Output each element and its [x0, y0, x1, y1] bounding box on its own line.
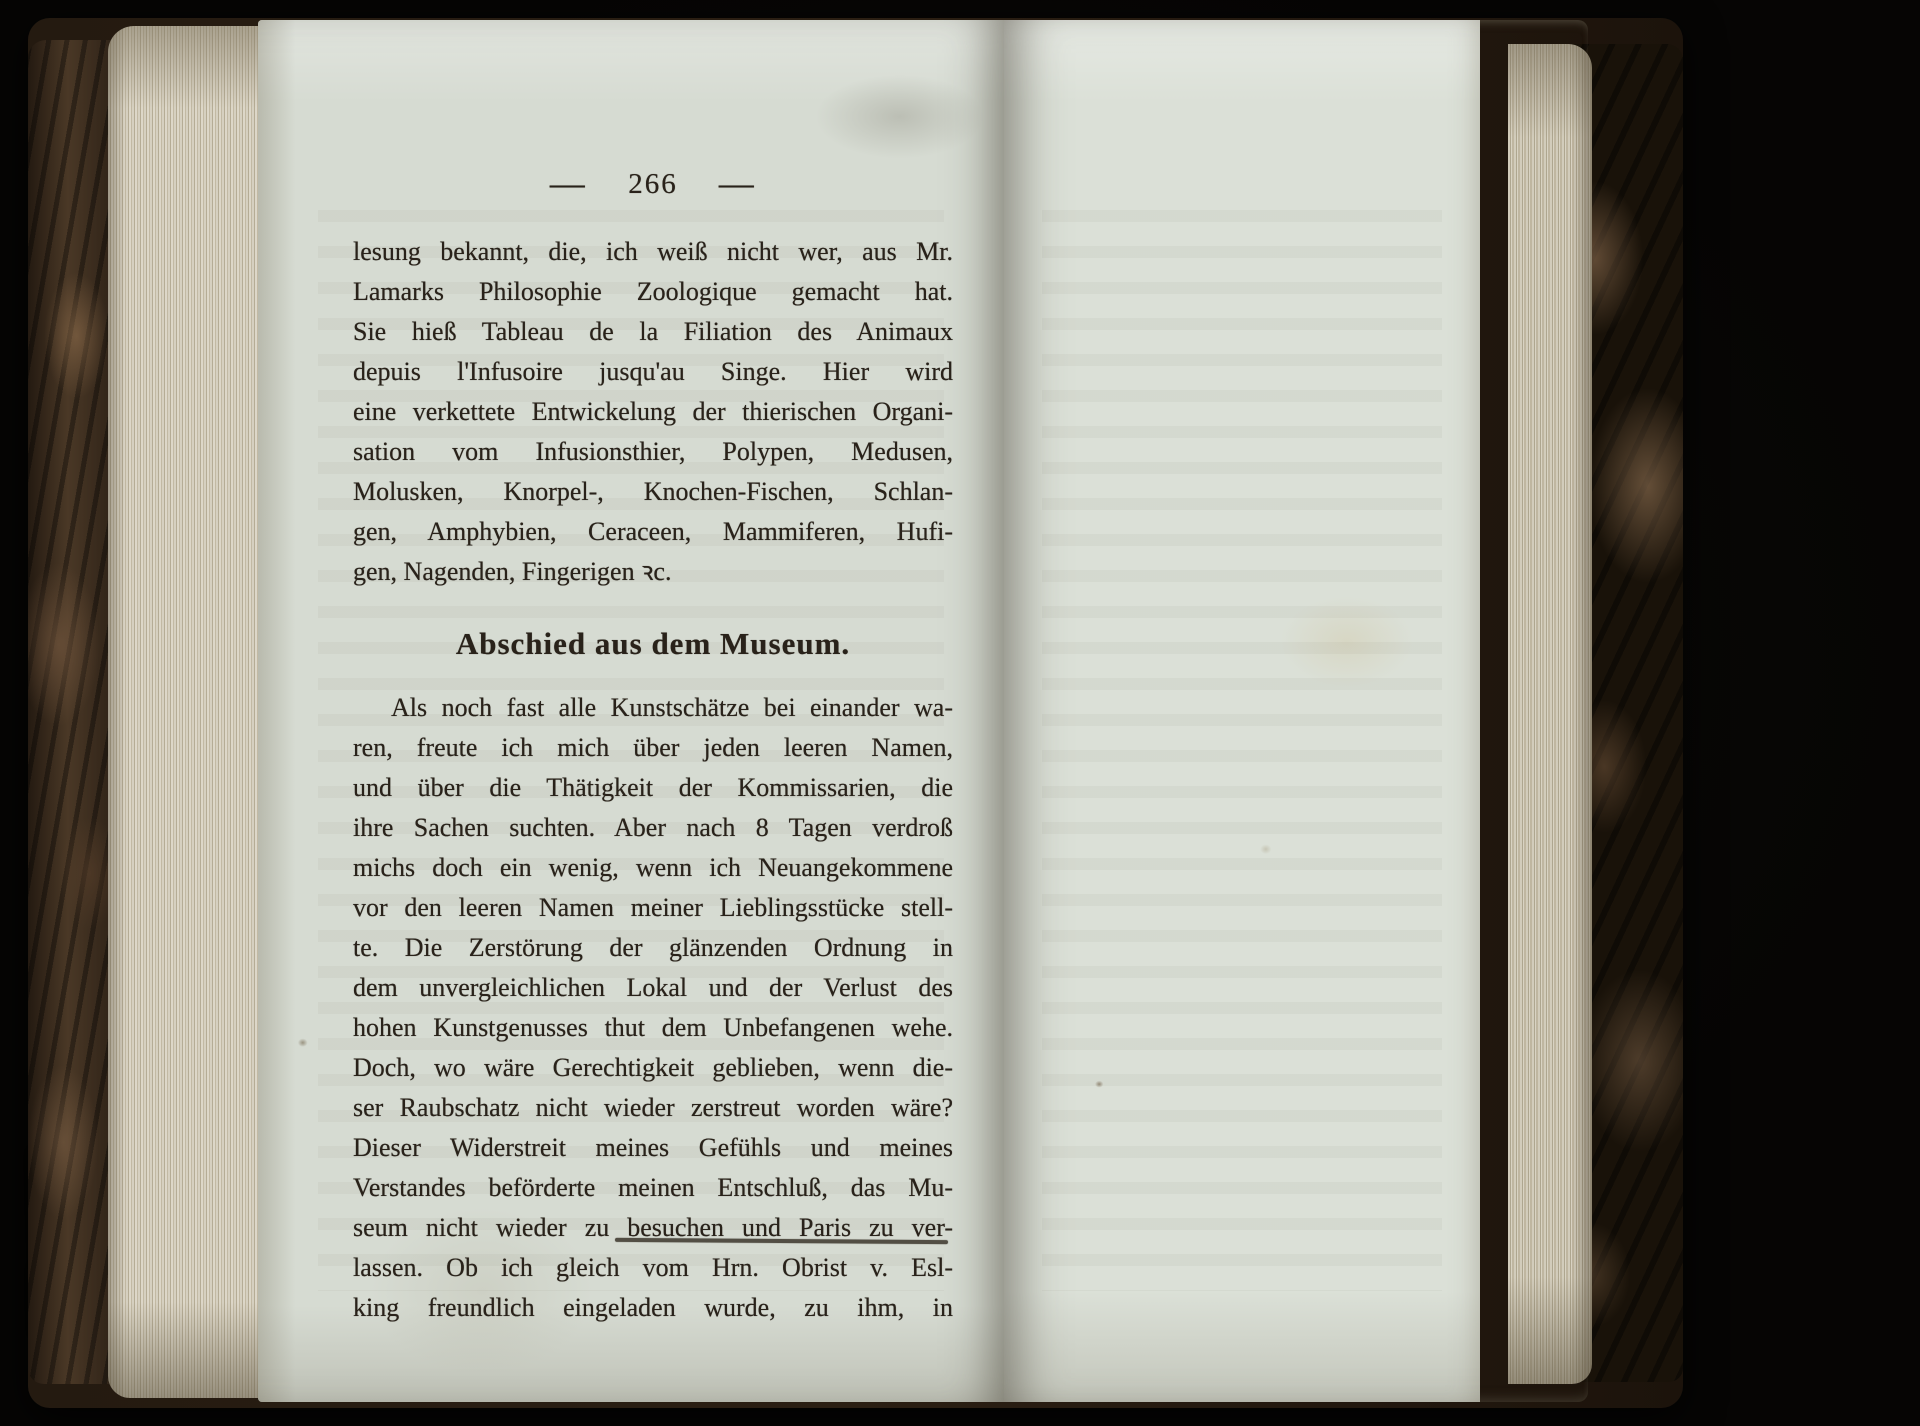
page-header: — 266 —	[353, 166, 953, 202]
book-spine-left	[28, 40, 116, 1384]
text-line: Lamarks Philosophie Zoologique gemacht h…	[353, 272, 953, 312]
text-line: ihre Sachen suchten. Aber nach 8 Tagen v…	[353, 808, 953, 848]
text-line: king freundlich eingeladen wurde, zu ihm…	[353, 1288, 953, 1328]
left-page-content: — 266 — lesung bekannt, die, ich weiß ni…	[353, 166, 953, 1328]
text-line: dem unvergleichlichen Lokal und der Verl…	[353, 968, 953, 1008]
section-heading: Abschied aus dem Museum.	[353, 624, 953, 664]
text-line: ser Raubschatz nicht wieder zerstreut wo…	[353, 1088, 953, 1128]
photo-stage: — 266 — lesung bekannt, die, ich weiß ni…	[0, 0, 1920, 1426]
text-line: michs doch ein wenig, wenn ich Neuangeko…	[353, 848, 953, 888]
page-edges-left	[108, 26, 262, 1398]
header-dash: —	[719, 166, 756, 202]
text-line: Sie hieß Tableau de la Filiation des Ani…	[353, 312, 953, 352]
text-line: lassen. Ob ich gleich vom Hrn. Obrist v.…	[353, 1248, 953, 1288]
paragraph-continued: lesung bekannt, die, ich weiß nicht wer,…	[353, 232, 953, 592]
text-line: depuis l'Infusoire jusqu'au Singe. Hier …	[353, 352, 953, 392]
text-line: sation vom Infusionsthier, Polypen, Medu…	[353, 432, 953, 472]
bleed-through-texture	[1042, 186, 1442, 1292]
paragraph: Als noch fast alle Kunstschätze bei eina…	[353, 688, 953, 1328]
text-line: gen, Amphybien, Ceraceen, Mammiferen, Hu…	[353, 512, 953, 552]
text-line: Molusken, Knorpel-, Knochen-Fischen, Sch…	[353, 472, 953, 512]
text-line: eine verkettete Entwickelung der thieris…	[353, 392, 953, 432]
header-dash: —	[550, 166, 587, 202]
page-number: 266	[628, 166, 678, 202]
text-line: gen, Nagenden, Fingerigen ꝛc.	[353, 552, 953, 592]
text-line: Doch, wo wäre Gerechtigkeit geblieben, w…	[353, 1048, 953, 1088]
right-page: — 267 — sein geräumiges Quartier bei ein…	[1004, 20, 1480, 1402]
text-line: lesung bekannt, die, ich weiß nicht wer,…	[353, 232, 953, 272]
text-line: hohen Kunstgenusses thut dem Unbefangene…	[353, 1008, 953, 1048]
text-line: Verstandes beförderte meinen Entschluß, …	[353, 1168, 953, 1208]
text-line: te. Die Zerstörung der glänzenden Ordnun…	[353, 928, 953, 968]
page-spread: — 266 — lesung bekannt, die, ich weiß ni…	[258, 20, 1588, 1402]
book: — 266 — lesung bekannt, die, ich weiß ni…	[28, 18, 1683, 1408]
text-line: vor den leeren Namen meiner Lieblingsstü…	[353, 888, 953, 928]
left-page: — 266 — lesung bekannt, die, ich weiß ni…	[258, 20, 1004, 1402]
text-line: Dieser Widerstreit meines Gefühls und me…	[353, 1128, 953, 1168]
text-line: ren, freute ich mich über jeden leeren N…	[353, 728, 953, 768]
text-line: und über die Thätigkeit der Kommissarien…	[353, 768, 953, 808]
text-line: Als noch fast alle Kunstschätze bei eina…	[353, 688, 953, 728]
